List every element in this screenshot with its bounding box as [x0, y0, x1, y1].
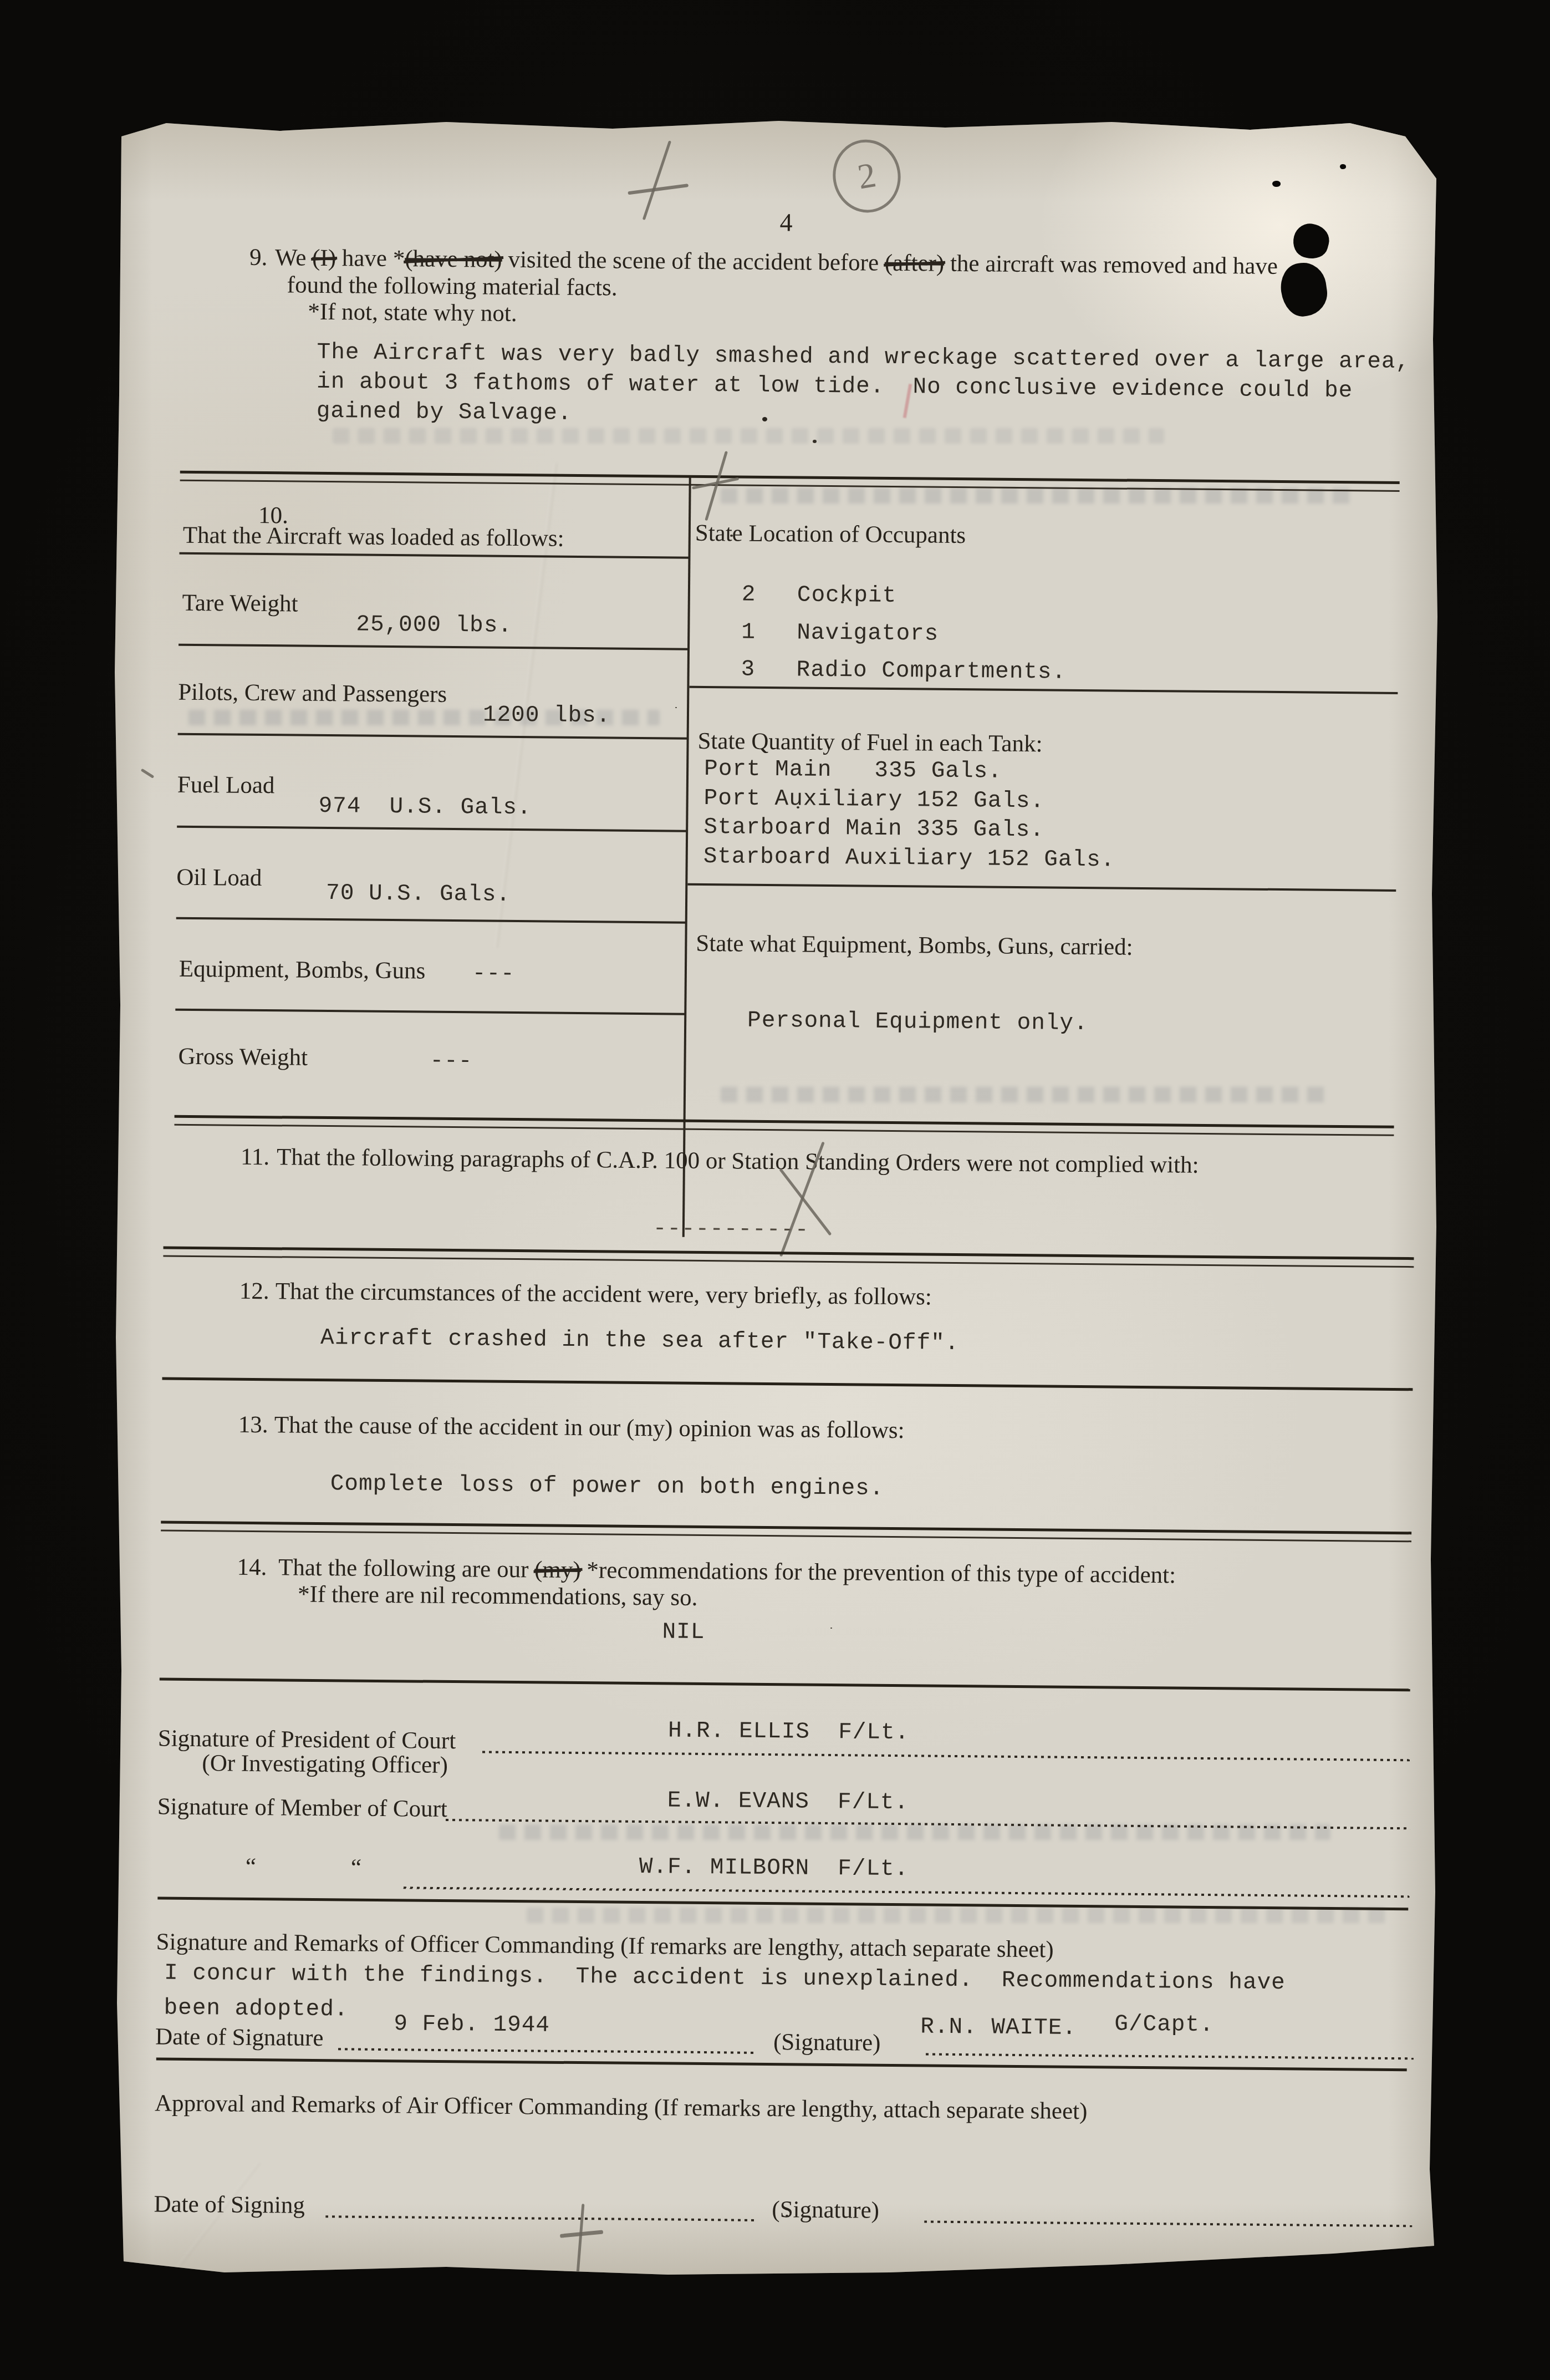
section10-top-rule [180, 471, 1400, 492]
date-of-signature-label: Date of Signature [155, 2023, 324, 2052]
section10-bottom-rule [174, 1115, 1394, 1136]
item13-number: 13. [238, 1411, 268, 1438]
pencil-cross-top-vertical [643, 140, 671, 220]
section10-title: That the Aircraft was loaded as follows: [183, 522, 564, 552]
oc-remark-line1: I concur with the findings. The accident… [164, 1961, 1286, 1996]
occupants-title: State Location of Occupants [695, 520, 966, 549]
fuel-title: State Quantity of Fuel in each Tank: [697, 728, 1042, 757]
item12-answer: Aircraft crashed in the sea after "Take-… [320, 1325, 960, 1356]
date-of-signing-label: Date of Signing [154, 2190, 305, 2219]
occupant-count: 2 [742, 582, 756, 608]
load-row-line [176, 917, 686, 924]
milborn-signature-line [403, 1886, 1409, 1898]
item9-l1a: We [275, 245, 312, 271]
page-number: 4 [780, 207, 793, 237]
load-row-value: --- [430, 1049, 472, 1075]
item14-answer: NIL [662, 1619, 705, 1645]
item9-number: 9. [249, 244, 268, 271]
pencil-circled-number: 2 [827, 134, 906, 217]
date-of-signature-line [338, 2048, 757, 2054]
occupant-count: 3 [741, 657, 756, 683]
pencil-tick-margin [141, 769, 155, 779]
load-row-line [178, 733, 688, 740]
load-row-value: --- [472, 961, 515, 987]
equipment-title: State what Equipment, Bombs, Guns, carri… [696, 930, 1133, 961]
item14-struck-my: (my) [534, 1557, 581, 1583]
load-row-label: Fuel Load [177, 771, 275, 800]
item13-answer: Complete loss of power on both engines. [330, 1471, 884, 1502]
load-row-value: 974 U.S. Gals. [318, 794, 531, 821]
fuel-line: Port Auxiliary 152 Gals. [703, 786, 1044, 814]
occupant-count: 1 [741, 620, 756, 645]
item9-struck-after: (after) [885, 250, 945, 277]
item9-l1d: the aircraft was removed and have [944, 251, 1278, 279]
occupant-place: Navigators [797, 620, 939, 647]
item11-bottom-rule [163, 1247, 1414, 1268]
pencil-cross-bottom-vertical [575, 2204, 584, 2281]
item9-line3: *If not, state why not. [308, 298, 517, 327]
item14-number: 14. [237, 1554, 267, 1580]
item11-text: That the following paragraphs of C.A.P. … [277, 1143, 1199, 1179]
oc-signature-value: R.N. WAITE. [920, 2014, 1077, 2041]
member-signature-value: E.W. EVANS F/Lt. [667, 1788, 909, 1815]
load-row-label: Pilots, Crew and Passengers [178, 679, 447, 708]
occupant-place: Cockpit [797, 582, 897, 609]
item9-line2: found the following material facts. [287, 271, 618, 301]
item13-bottom-rule [161, 1520, 1411, 1542]
milborn-signature-value: W.F. MILBORN F/Lt. [639, 1854, 909, 1882]
member-signature-line [446, 1819, 1410, 1829]
fuel-line: Port Main 335 Gals. [704, 756, 1002, 785]
oc-bottom-rule [156, 2057, 1407, 2071]
item12-text: That the circumstances of the accident w… [276, 1278, 932, 1310]
item9-struck-I: (I) [312, 245, 336, 271]
item14-bottom-rule [160, 1677, 1410, 1691]
occupants-bottom-line [689, 686, 1398, 694]
scanned-form-page: 2 4 9. We (I) have *(have not) visited t… [114, 118, 1439, 2276]
item9-answer-line3: gained by Salvage. [317, 399, 572, 426]
president-sub-label: (Or Investigating Officer) [202, 1750, 448, 1779]
aoc-signature-line [924, 2221, 1412, 2228]
oc-signature-line [926, 2053, 1414, 2060]
load-row-label: Oil Load [176, 864, 262, 892]
date-of-signing-line [325, 2215, 755, 2221]
signatures-bottom-rule [157, 1896, 1408, 1910]
member-signature-label: Signature of Member of Court [157, 1793, 447, 1823]
load-row-line [175, 1009, 685, 1015]
item14-note: *If there are nil recommendations, say s… [298, 1581, 698, 1611]
item13-text: That the cause of the accident in our (m… [274, 1411, 905, 1444]
load-row-value: 70 U.S. Gals. [326, 881, 511, 908]
load-row-line [179, 644, 689, 650]
date-of-signature-value: 9 Feb. 1944 [394, 2011, 550, 2038]
load-row-label: Tare Weight [182, 589, 298, 618]
fuel-bottom-line [687, 883, 1396, 892]
signature-label-2: (Signature) [772, 2196, 879, 2224]
ditto-mark-1: “ [246, 1853, 257, 1880]
aoc-heading: Approval and Remarks of Air Officer Comm… [155, 2089, 1088, 2125]
president-signature-value: H.R. ELLIS F/Lt. [668, 1718, 910, 1746]
president-signature-line [482, 1751, 1411, 1762]
pencil-cross-top-horizontal [628, 184, 689, 195]
ditto-mark-2: “ [351, 1854, 362, 1881]
section10-header-underline [179, 552, 689, 559]
signature-label: (Signature) [773, 2028, 881, 2057]
load-row-label: Equipment, Bombs, Guns [179, 955, 426, 985]
item9-answer-line2: in about 3 fathoms of water at low tide.… [317, 369, 1353, 404]
occupant-place: Radio Compartments. [796, 657, 1066, 685]
item14-spacer [267, 1554, 278, 1580]
fuel-line: Starboard Auxiliary 152 Gals. [703, 844, 1115, 873]
load-row-value: 25,000 lbs. [356, 612, 512, 639]
load-row-value: 1200 lbs. [483, 703, 611, 729]
fuel-line: Starboard Main 335 Gals. [703, 815, 1044, 843]
load-row-label: Gross Weight [178, 1043, 308, 1071]
item9-struck-have-not: (have not) [405, 246, 502, 273]
item12-bottom-rule [162, 1377, 1413, 1391]
item14-texta: That the following are our [278, 1554, 535, 1583]
pencil-note-text: 2 [855, 154, 879, 197]
oc-heading: Signature and Remarks of Officer Command… [156, 1928, 1053, 1963]
item9-l1c: visited the scene of the accident before [502, 247, 885, 276]
item9-answer-line1: The Aircraft was very badly smashed and … [317, 340, 1410, 375]
item9-l1b: have * [336, 245, 405, 272]
item12-number: 12. [239, 1278, 269, 1305]
oc-signature-rank: G/Capt. [1114, 2012, 1214, 2038]
item11-number: 11. [241, 1143, 270, 1171]
load-row-line [177, 826, 687, 832]
form-content: 2 4 9. We (I) have *(have not) visited t… [95, 118, 1439, 2287]
equipment-answer: Personal Equipment only. [747, 1008, 1088, 1036]
oc-remark-line2: been adopted. [164, 1996, 348, 2023]
